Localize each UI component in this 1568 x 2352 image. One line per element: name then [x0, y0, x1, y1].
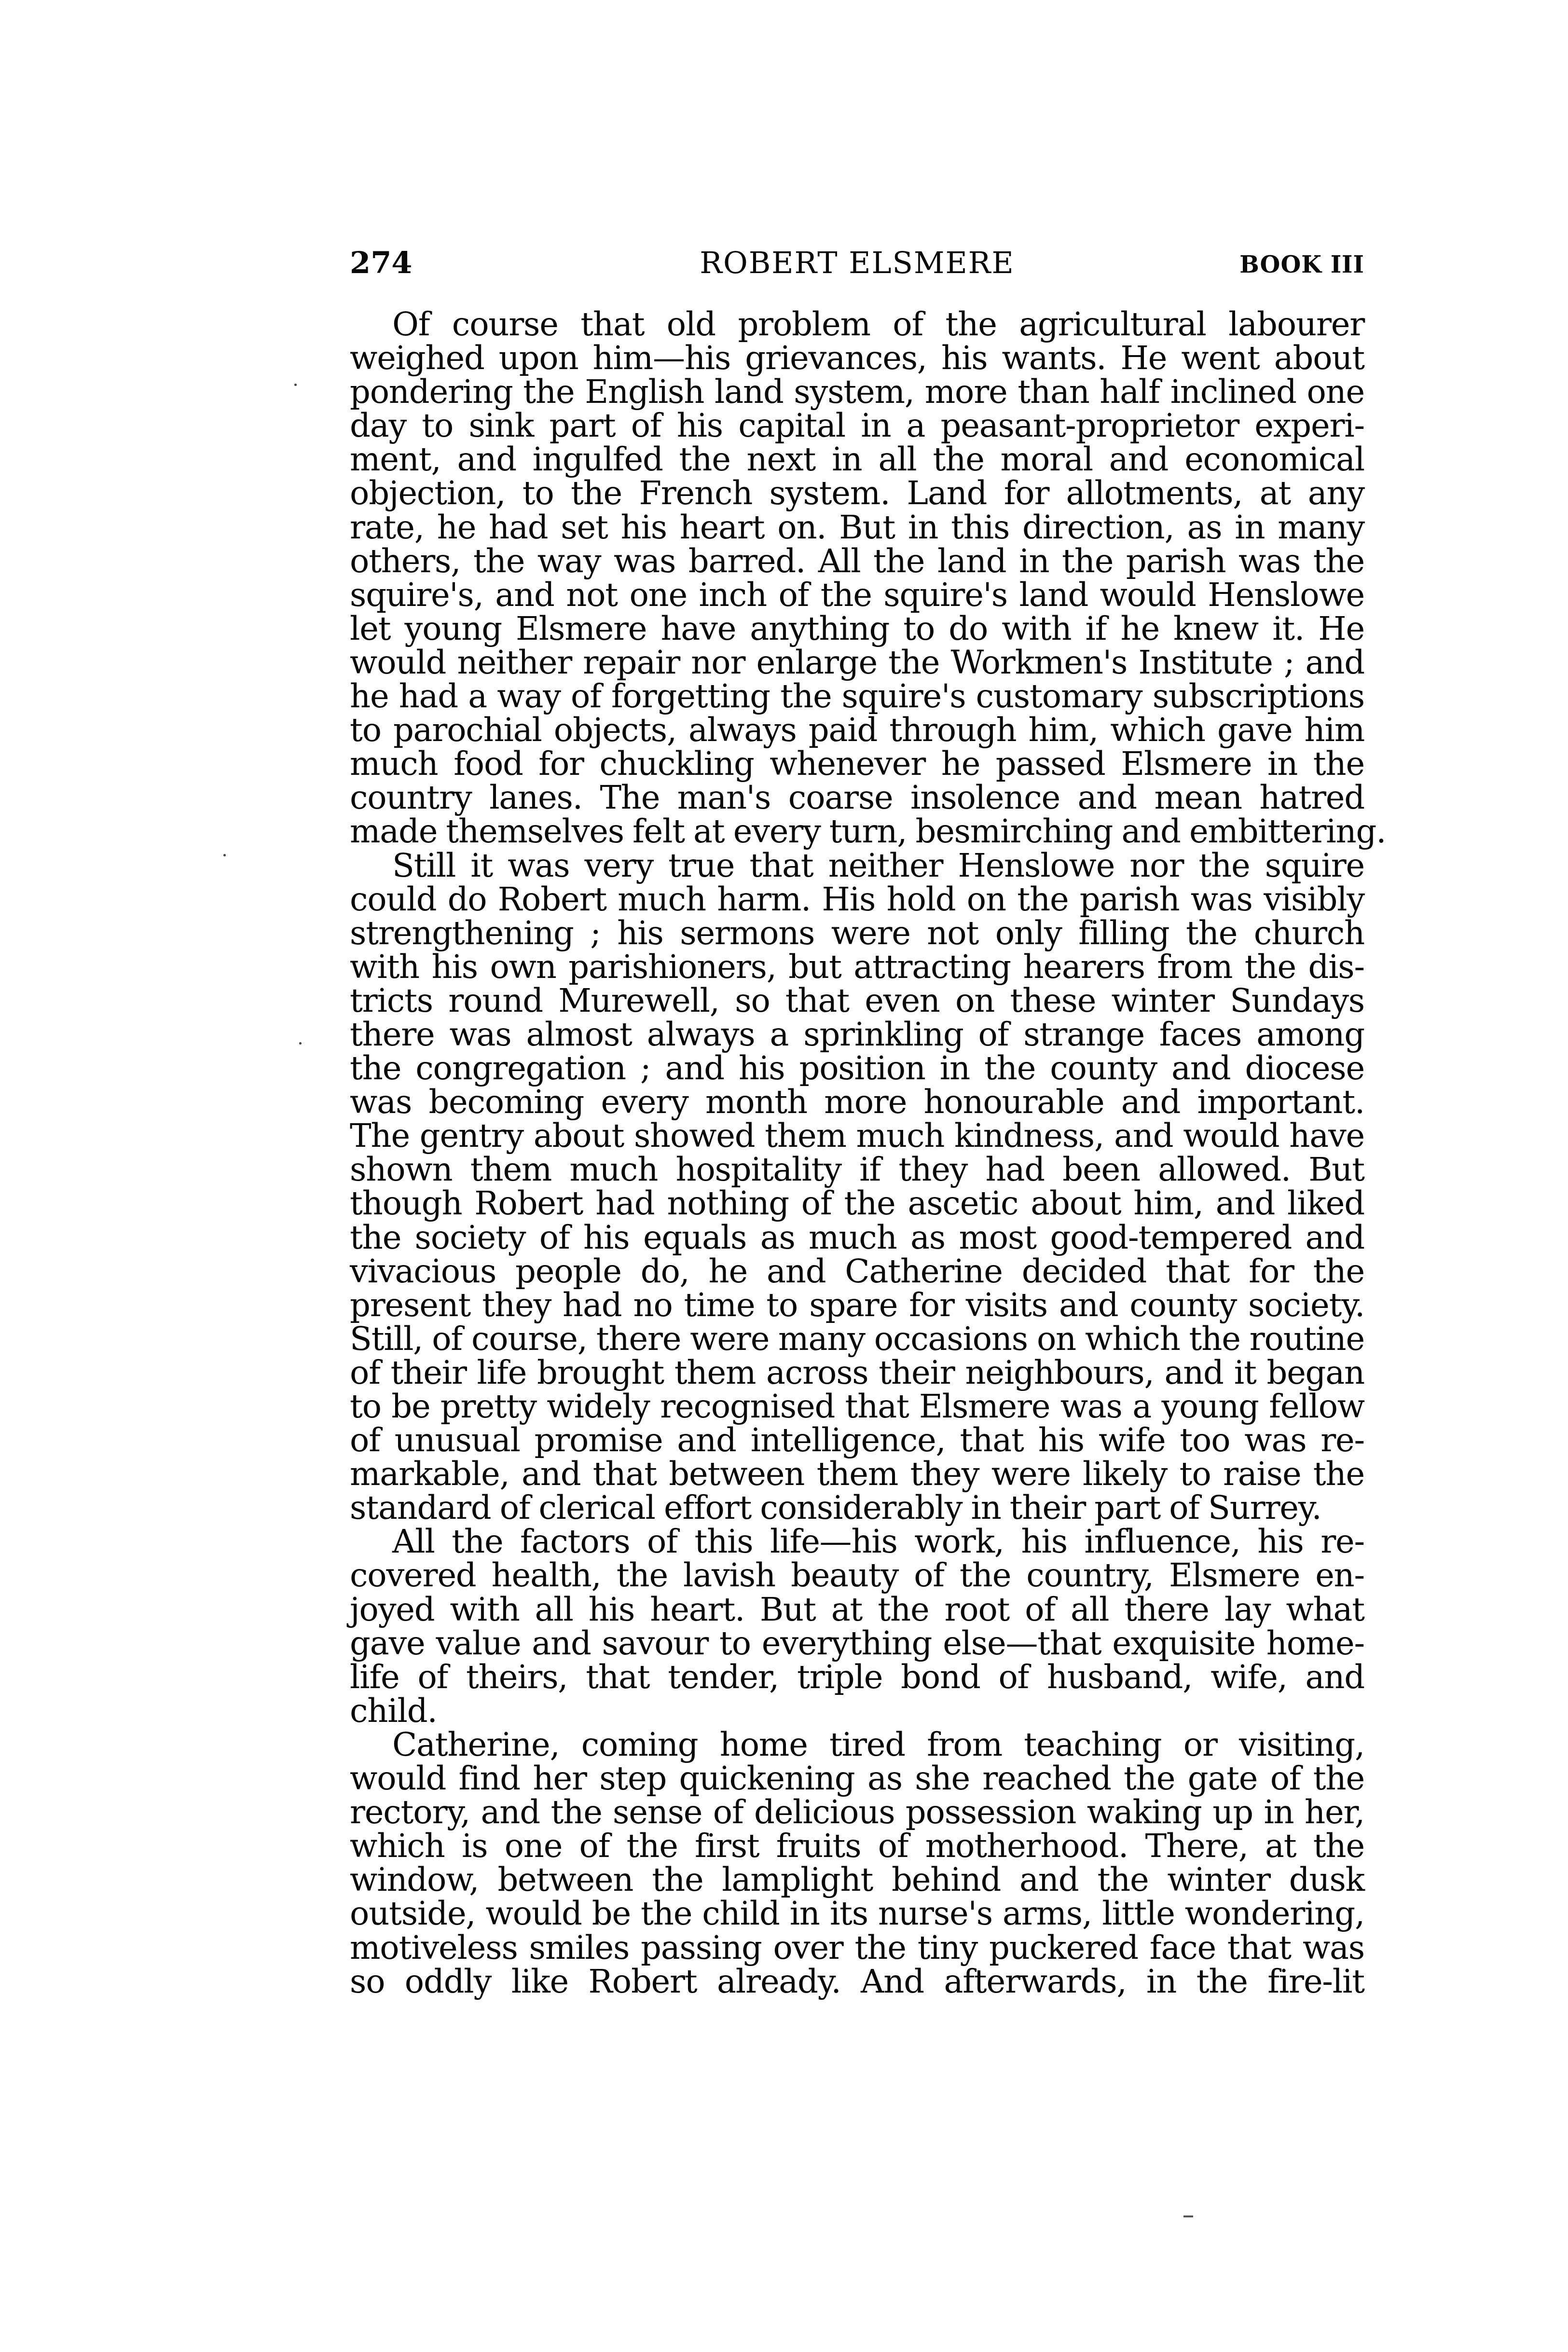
text-line: ment, and ingulfed the next in all the m… [350, 442, 1364, 476]
text-line: let young Elsmere have anything to do wi… [350, 612, 1364, 646]
text-line: squire's, and not one inch of the squire… [350, 578, 1364, 612]
text-line: rate, he had set his heart on. But in th… [350, 510, 1364, 544]
scan-mark [1183, 2215, 1193, 2217]
text-line: weighed upon him—his grievances, his wan… [350, 341, 1364, 375]
text-line: tricts round Murewell, so that even on t… [350, 984, 1364, 1018]
text-line: would find her step quickening as she re… [350, 1761, 1364, 1795]
text-line: The gentry about showed them much kindne… [350, 1119, 1364, 1153]
scan-speck [294, 384, 297, 386]
text-line: Catherine, coming home tired from teachi… [350, 1728, 1364, 1761]
text-line: country lanes. The man's coarse insolenc… [350, 781, 1364, 814]
text-line: was becoming every month more honourable… [350, 1085, 1364, 1119]
text-line: Still, of course, there were many occasi… [350, 1322, 1364, 1356]
text-line: Still it was very true that neither Hens… [350, 849, 1364, 882]
text-line: life of theirs, that tender, triple bond… [350, 1660, 1364, 1694]
text-line: shown them much hospitality if they had … [350, 1153, 1364, 1186]
running-head: 274 ROBERT ELSMERE BOOK III [350, 244, 1364, 282]
text-line: of their life brought them across their … [350, 1356, 1364, 1389]
book-title: ROBERT ELSMERE [350, 244, 1364, 282]
book-section: BOOK III [1239, 246, 1364, 284]
text-line: others, the way was barred. All the land… [350, 544, 1364, 578]
text-line: he had a way of forgetting the squire's … [350, 679, 1364, 713]
text-line: All the factors of this life—his work, h… [350, 1525, 1364, 1558]
text-line: with his own parishioners, but attractin… [350, 950, 1364, 984]
text-line: to be pretty widely recognised that Elsm… [350, 1389, 1364, 1423]
text-line: gave value and savour to everything else… [350, 1626, 1364, 1660]
text-line: outside, would be the child in its nurse… [350, 1897, 1364, 1930]
scan-speck [223, 854, 226, 856]
text-line: pondering the English land system, more … [350, 375, 1364, 409]
text-line: joyed with all his heart. But at the roo… [350, 1593, 1364, 1626]
text-line: vivacious people do, he and Catherine de… [350, 1254, 1364, 1288]
text-line: of unusual promise and intelligence, tha… [350, 1423, 1364, 1457]
text-line: could do Robert much harm. His hold on t… [350, 882, 1364, 916]
text-line: so oddly like Robert already. And afterw… [350, 1965, 1364, 1998]
page-body: Of course that old problem of the agricu… [350, 307, 1364, 1998]
scan-speck [299, 1042, 302, 1045]
text-line: made themselves felt at every turn, besm… [350, 814, 1364, 848]
text-line: would neither repair nor enlarge the Wor… [350, 646, 1364, 679]
text-line: child. [350, 1694, 1364, 1728]
text-line: strengthening ; his sermons were not onl… [350, 916, 1364, 950]
text-line: standard of clerical effort considerably… [350, 1491, 1364, 1525]
text-line: the society of his equals as much as mos… [350, 1221, 1364, 1254]
text-line: to parochial objects, always paid throug… [350, 713, 1364, 747]
text-line: objection, to the French system. Land fo… [350, 476, 1364, 510]
text-line: covered health, the lavish beauty of the… [350, 1558, 1364, 1592]
text-line: the congregation ; and his position in t… [350, 1051, 1364, 1085]
text-line: though Robert had nothing of the ascetic… [350, 1186, 1364, 1220]
text-line: much food for chuckling whenever he pass… [350, 747, 1364, 781]
text-line: day to sink part of his capital in a pea… [350, 409, 1364, 442]
text-line: markable, and that between them they wer… [350, 1457, 1364, 1491]
text-line: there was almost always a sprinkling of … [350, 1018, 1364, 1051]
text-line: window, between the lamplight behind and… [350, 1863, 1364, 1897]
text-line: motiveless smiles passing over the tiny … [350, 1931, 1364, 1965]
text-line: Of course that old problem of the agricu… [350, 307, 1364, 341]
text-line: present they had no time to spare for vi… [350, 1288, 1364, 1322]
text-line: which is one of the first fruits of moth… [350, 1829, 1364, 1863]
text-line: rectory, and the sense of delicious poss… [350, 1795, 1364, 1829]
